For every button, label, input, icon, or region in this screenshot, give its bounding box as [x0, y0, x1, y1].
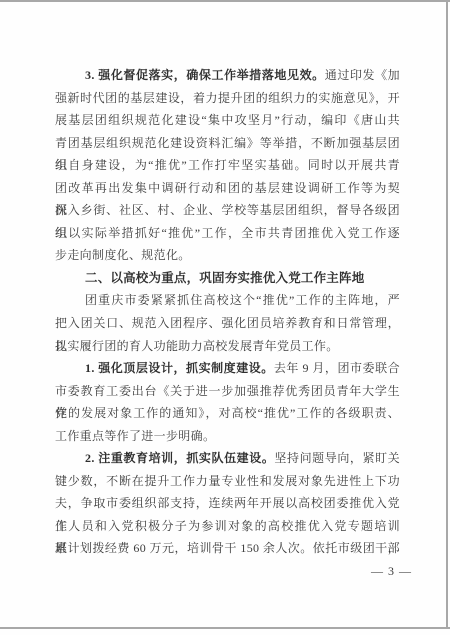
- item-2-lead: 2. 注重教育培训，抓实队伍建设。: [85, 451, 274, 465]
- item-3-lead: 3. 强化督促落实，确保工作举措落地见效。: [85, 68, 325, 82]
- text-line: 织自身建设，为“推优”工作打牢坚实基础。同时以开展共青: [55, 154, 400, 177]
- section-heading: 二、以高校为重点，巩固夯实推优入党工作主阵地: [55, 267, 400, 290]
- text-line: 市委教育工委出台《关于进一步加强推荐优秀团员青年大学生作: [55, 380, 400, 403]
- text-line: 织以实际举措抓好“推优”工作，全市共青团推优入党工作逐: [55, 222, 400, 245]
- paragraph-item-2-line: 2. 注重教育培训，抓实队伍建设。坚持问题导向，紧盯关: [55, 447, 400, 470]
- text-line: 青团基层组织规范化建设资料汇编》等举措，不断加强基层团组: [55, 132, 400, 155]
- page-edge-bottom: [0, 627, 450, 629]
- page-edge-right: [446, 2, 448, 628]
- paragraph-end-line: 步走向制度化、规范化。: [55, 244, 400, 267]
- item-1-lead: 1. 强化顶层设计，抓实制度建设。: [85, 361, 274, 375]
- paragraph-line: 团重庆市委紧紧抓住高校这个“推优”工作的主阵地，严: [55, 289, 400, 312]
- page-edge-top: [0, 0, 450, 2]
- document-body: 3. 强化督促落实，确保工作举措落地见效。通过印发《加 强新时代团的基层建设，着…: [55, 64, 400, 583]
- text-line: 展基层团组织规范化建设“集中攻坚月”行动，编印《唐山共: [55, 109, 400, 132]
- line-text: 坚持问题导向，紧盯关: [274, 451, 400, 465]
- text-line: 强新时代团的基层建设，着力提升团的组织力的实施意见》，开: [55, 87, 400, 110]
- paragraph-item-3-line: 3. 强化督促落实，确保工作举措落地见效。通过印发《加: [55, 64, 400, 87]
- text-line: 作人员和入党积极分子为参训对象的高校推优入党专题培训班，: [55, 515, 400, 538]
- text-line: 累计划拨经费 60 万元，培训骨干 150 余人次。依托市级团干部: [55, 537, 400, 560]
- paragraph-end-line: 扎实履行团的育人功能助力高校发展青年党员工作。: [55, 335, 400, 358]
- text-line: 把入团关口、规范入团程序、强化团员培养教育和日常管理，以: [55, 312, 400, 335]
- document-page: 3. 强化督促落实，确保工作举措落地见效。通过印发《加 强新时代团的基层建设，着…: [0, 0, 450, 635]
- paragraph-end-line: 工作重点等作了进一步明确。: [55, 425, 400, 448]
- line-text: 去年 9 月，团市委联合: [274, 361, 400, 375]
- paragraph-item-1-line: 1. 强化顶层设计，抓实制度建设。去年 9 月，团市委联合: [55, 357, 400, 380]
- page-number: — 3 —: [55, 560, 412, 583]
- text-line: 夫，争取市委组织部支持，连续两年开展以高校团委推优入党工: [55, 492, 400, 515]
- line-text: 通过印发《加: [325, 68, 400, 82]
- text-line: 键少数，不断在提升工作力量专业性和发展对象先进性上下功: [55, 470, 400, 493]
- text-line: 团改革再出发集中调研行动和团的基层建设调研工作等为契机，: [55, 177, 400, 200]
- text-line: 深入乡街、社区、村、企业、学校等基层团组织，督导各级团组: [55, 199, 400, 222]
- text-line: 党的发展对象工作的通知》，对高校“推优”工作的各级职责、: [55, 402, 400, 425]
